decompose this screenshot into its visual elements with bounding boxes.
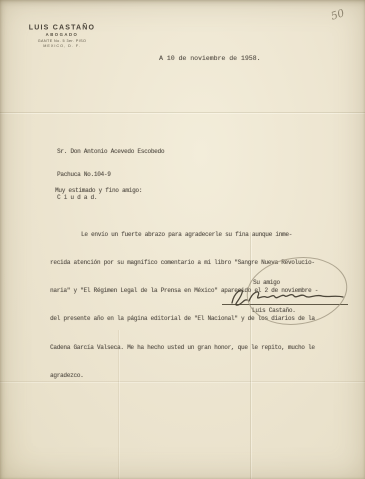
letter-page: LUIS CASTAÑO ABOGADO GANTE No. 5 3er. PI… <box>0 0 365 479</box>
recipient-name: Sr. Don Antonio Acevedo Escobedo <box>57 148 164 156</box>
handwritten-page-number: 50 <box>329 7 345 23</box>
body-line: agradezco. <box>50 371 335 380</box>
body-line: Cadena García Valseca. Me ha hecho usted… <box>50 343 335 352</box>
recipient-block: Sr. Don Antonio Acevedo Escobedo Pachuca… <box>57 133 164 217</box>
letterhead: LUIS CASTAÑO ABOGADO GANTE No. 5 3er. PI… <box>22 23 102 48</box>
date-line: A 10 de noviembre de 1958. <box>159 55 260 62</box>
body-line: Le envío un fuerte abrazo para agradecer… <box>50 230 335 239</box>
fold-crease-horizontal-top <box>0 112 365 113</box>
letterhead-city: MEXICO, D. F. <box>22 44 102 49</box>
recipient-city: C i u d a d. <box>57 194 164 202</box>
salutation: Muy estimado y fino amigo: <box>55 187 142 194</box>
body-line: recida atención por su magnífico comenta… <box>50 258 335 267</box>
sender-typed-name: Luis Castaño. <box>252 307 296 314</box>
letterhead-address: GANTE No. 5 3er. PISO <box>22 39 102 44</box>
signature-rule <box>222 304 348 305</box>
body-line: del presente año en la página editorial … <box>50 314 335 323</box>
letterhead-title: ABOGADO <box>22 32 102 37</box>
letterhead-name: LUIS CASTAÑO <box>22 23 102 31</box>
recipient-address: Pachuca No.104-9 <box>57 171 164 179</box>
